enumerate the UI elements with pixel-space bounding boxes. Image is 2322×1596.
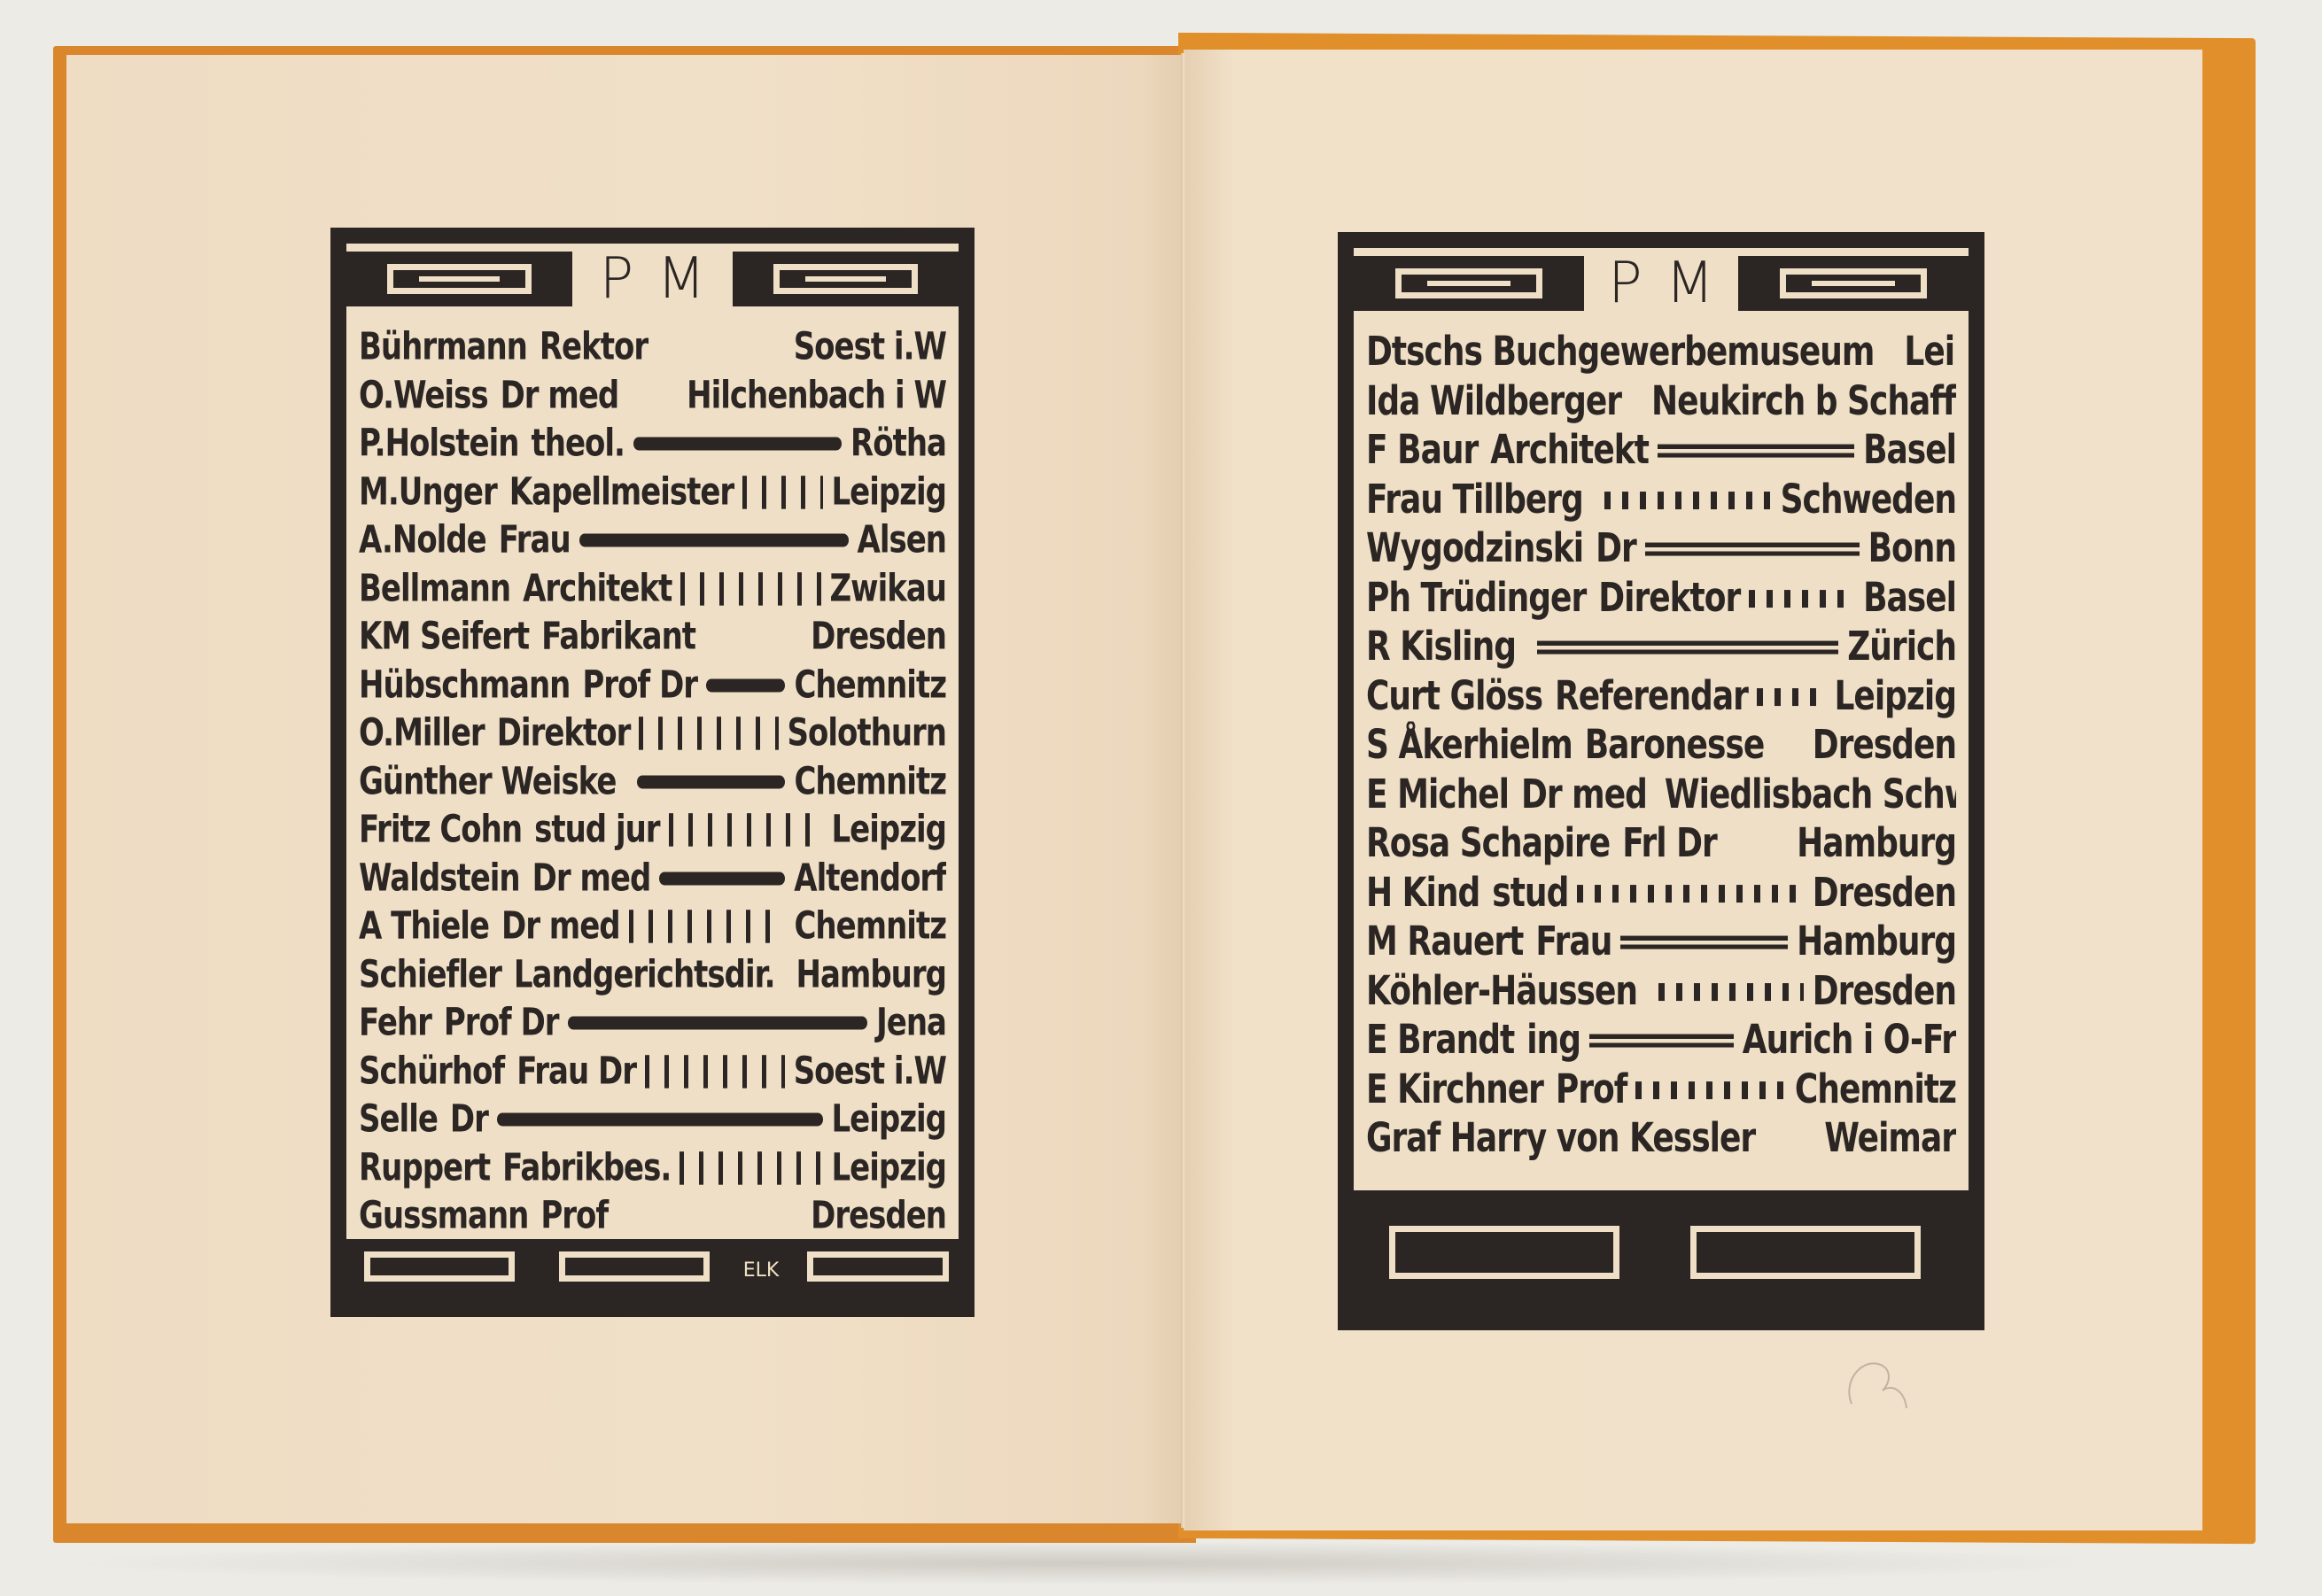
member-name: O.Miller (359, 711, 485, 755)
separator-ornament (1749, 589, 1854, 607)
member-place: Zürich (1847, 624, 1956, 670)
member-title: Prof (1556, 1067, 1627, 1112)
member-title: Direktor (1598, 576, 1740, 621)
pencil-page-number (1843, 1355, 1922, 1417)
member-name: Graf Harry von Kessler (1366, 1116, 1755, 1161)
member-name: Bührmann (359, 325, 527, 369)
separator-ornament (1757, 687, 1826, 705)
member-name: Fehr (359, 1001, 431, 1045)
member-name: Bellmann (359, 567, 510, 611)
woodcut-footer-ornament (1354, 1190, 1969, 1314)
artist-monogram: ELK (743, 1248, 779, 1292)
member-place: Solothurn (788, 711, 947, 755)
member-place: Chemnitz (794, 760, 946, 804)
list-item: GussmannProfDresden (359, 1186, 946, 1246)
member-title: Prof (540, 1194, 608, 1238)
member-place: Dresden (1813, 871, 1956, 916)
member-name: O.Weiss (359, 374, 488, 418)
member-title: Dr (450, 1097, 488, 1142)
member-title: Referendar (1555, 674, 1748, 719)
book-shadow (62, 1541, 2117, 1585)
member-title: Architekt (1490, 428, 1649, 473)
separator-ornament (680, 1151, 822, 1185)
member-name: A Thiele (359, 904, 489, 949)
woodcut-heading: PM (577, 251, 729, 307)
member-place: Dresden (1813, 723, 1956, 768)
member-list: BührmannRektorSoest i.WO.WeissDr medHilc… (359, 323, 946, 1241)
separator-ornament (1726, 837, 1788, 850)
meander-ornament-icon (807, 1251, 949, 1282)
member-place: Leipzig (832, 808, 947, 852)
separator-ornament (784, 968, 788, 981)
member-place: Dresden (811, 615, 946, 659)
separator-ornament (659, 872, 785, 885)
member-place: Altendorf (794, 856, 946, 901)
member-name: P.Holstein (359, 422, 518, 466)
member-name: Frau Tillberg (1366, 477, 1583, 523)
member-list: Dtschs BuchgewerbemuseumLeipzigIda Wildb… (1366, 328, 1956, 1164)
separator-ornament (568, 1017, 868, 1030)
member-place: Hamburg (796, 953, 946, 997)
separator-ornament (1620, 935, 1788, 949)
separator-ornament (1658, 982, 1804, 1000)
separator-ornament (629, 910, 786, 944)
member-title: Prof Dr (444, 1001, 559, 1045)
member-name: Gussmann (359, 1194, 528, 1238)
member-name: M Rauert (1366, 919, 1523, 965)
book-spine (1181, 53, 1184, 1528)
separator-ornament (1589, 1034, 1734, 1047)
member-title: Frl Dr (1622, 821, 1717, 866)
member-name: Curt Glöss (1366, 674, 1542, 719)
meander-ornament-icon (1690, 1226, 1921, 1279)
separator-ornament (742, 476, 822, 509)
member-name: E Michel (1366, 772, 1509, 817)
member-place: Jena (876, 1001, 946, 1045)
member-place: Schweden (1781, 477, 1956, 523)
member-name: A.Nolde (359, 518, 486, 562)
member-title: Dr med (1521, 772, 1647, 817)
separator-ornament (1645, 542, 1860, 555)
separator-ornament (669, 814, 823, 848)
right-woodcut-print: PM Dtschs BuchgewerbemuseumLeipzigIda Wi… (1338, 232, 1984, 1330)
member-place: Zwikau (830, 567, 946, 611)
member-name: Selle (359, 1097, 438, 1142)
member-title: Frau (1535, 919, 1611, 965)
member-name: Ph Trüdinger (1366, 576, 1586, 621)
separator-ornament (1773, 739, 1803, 752)
member-place: Weimar (1824, 1116, 1956, 1161)
member-place: Chemnitz (794, 663, 946, 708)
member-title: Rektor (540, 325, 648, 369)
member-title: Dr med (501, 904, 620, 949)
member-place: Hilchenbach i W (687, 374, 946, 418)
member-title: stud jur (534, 808, 660, 852)
member-name: H Kind (1366, 871, 1479, 916)
member-name: E Kirchner (1366, 1067, 1543, 1112)
member-place: Basel (1863, 576, 1956, 621)
member-title: Fabrikbes. (502, 1146, 671, 1190)
member-place: Chemnitz (794, 904, 946, 949)
member-place: Leipzig (832, 470, 947, 515)
meander-ornament-icon (1389, 1226, 1619, 1279)
member-name: Wygodzinski (1366, 526, 1583, 571)
member-name: Hübschmann (359, 663, 570, 708)
member-title: Frau Dr (516, 1050, 636, 1094)
member-name: E Brandt (1366, 1018, 1514, 1063)
member-name: M.Unger (359, 470, 497, 515)
member-name: Waldstein (359, 856, 520, 901)
list-item: Graf Harry von KesslerWeimar (1366, 1108, 1956, 1169)
member-name: Rosa Schapire (1366, 821, 1610, 866)
woodcut-header: PM (346, 244, 959, 314)
member-name: Schürhof (359, 1050, 504, 1094)
separator-ornament (656, 341, 785, 354)
member-title: Kapellmeister (509, 470, 734, 515)
member-title: Frau (499, 518, 571, 562)
member-name: S Åkerhielm (1366, 723, 1573, 768)
meander-ornament-icon (733, 252, 959, 306)
member-place: Dresden (1813, 969, 1956, 1014)
member-name: Fritz Cohn (359, 808, 522, 852)
member-title: Baronesse (1585, 723, 1765, 768)
woodcut-header: PM (1354, 248, 1969, 319)
member-place: Hamburg (1797, 919, 1956, 965)
separator-ornament (1658, 444, 1854, 457)
member-title: Architekt (523, 567, 672, 611)
member-place: Basel (1863, 428, 1956, 473)
member-name: F Baur (1366, 428, 1478, 473)
member-name: Ida Wildberger (1366, 379, 1621, 424)
woodcut-footer-ornament: ELK (346, 1239, 959, 1301)
separator-ornament (1577, 884, 1803, 902)
meander-ornament-icon (1354, 256, 1584, 311)
member-place: Dresden (811, 1194, 946, 1238)
member-title: theol. (531, 422, 624, 466)
member-title: Landgerichtsdir. (514, 953, 775, 997)
member-name: Ruppert (359, 1146, 490, 1190)
member-title: ing (1526, 1018, 1580, 1063)
member-place: Neukirch b Schaffh (1651, 379, 1956, 424)
member-place: Bonn (1868, 526, 1956, 571)
member-place: Alsen (858, 518, 946, 562)
member-place: Leipzig (1834, 674, 1956, 719)
member-title: Fabrikant (541, 615, 695, 659)
member-place: Rötha (850, 422, 946, 466)
member-title: Direktor (497, 711, 631, 755)
separator-ornament (1776, 1132, 1815, 1145)
member-name: Köhler-Häussen (1366, 969, 1637, 1014)
member-title: Dr med (501, 374, 619, 418)
member-place: Soest i.W (794, 325, 946, 369)
member-title: Dr (1596, 526, 1636, 571)
separator-ornament (1537, 640, 1838, 654)
member-title: stud (1492, 871, 1568, 916)
member-title: Prof Dr (582, 663, 697, 708)
member-name: R Kisling (1366, 624, 1516, 670)
member-place: Wiedlisbach Schweiz (1665, 772, 1956, 817)
woodcut-heading: PM (1585, 255, 1737, 312)
separator-ornament (497, 1113, 823, 1127)
separator-ornament (1635, 1081, 1785, 1098)
meander-ornament-icon (364, 1251, 515, 1282)
member-place: Soest i.W (794, 1050, 946, 1094)
separator-ornament (704, 631, 802, 644)
meander-ornament-icon (346, 252, 572, 306)
member-place: Leipzig (832, 1146, 947, 1190)
member-name: Schiefler (359, 953, 501, 997)
separator-ornament (579, 534, 849, 547)
member-name: Günther Weiske (359, 760, 616, 804)
separator-ornament (633, 438, 842, 451)
member-place: Hamburg (1797, 821, 1956, 866)
separator-ornament (617, 1210, 802, 1223)
member-title: Dr med (532, 856, 651, 901)
separator-ornament (1604, 491, 1772, 508)
separator-ornament (637, 775, 785, 788)
separator-ornament (680, 572, 820, 606)
separator-ornament (706, 678, 785, 692)
member-name: Dtschs Buchgewerbemuseum (1366, 329, 1874, 375)
member-name: KM Seifert (359, 615, 529, 659)
member-place: Chemnitz (1795, 1067, 1956, 1112)
meander-ornament-icon (1738, 256, 1969, 311)
member-place: Leipzig (1904, 329, 1956, 375)
member-place: Leipzig (832, 1097, 947, 1142)
separator-ornament (645, 1055, 785, 1089)
separator-ornament (627, 389, 678, 402)
member-place: Aurich i O-Fr (1743, 1018, 1956, 1063)
left-woodcut-print: PM BührmannRektorSoest i.WO.WeissDr medH… (330, 228, 975, 1317)
separator-ornament (639, 717, 778, 751)
meander-ornament-icon (559, 1251, 710, 1282)
